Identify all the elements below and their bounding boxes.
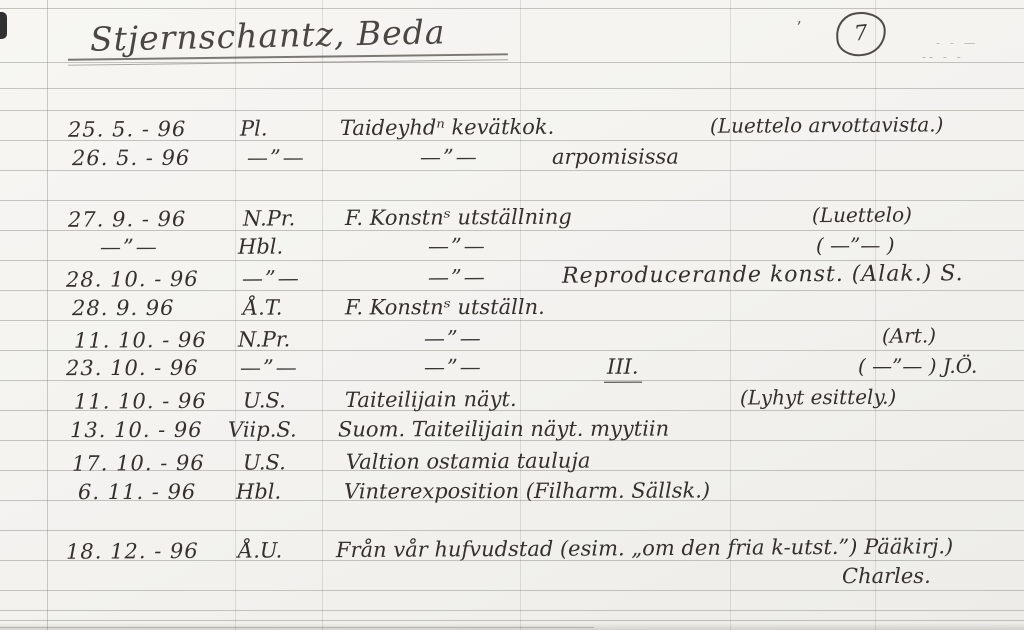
entry-note: (Lyhyt esittely.) <box>740 382 896 413</box>
entry-source: N.Pr. <box>238 324 290 354</box>
ledger-row: 13. 10. - 96 Viip.S. Suom. Taiteilijain … <box>0 413 1024 446</box>
entry-note: (Luettelo) <box>812 200 912 231</box>
ditto-mark: —”— <box>428 262 487 292</box>
entry-source: Å.U. <box>238 535 282 565</box>
faint-pencil-dashes: ‐‐ ‐ ‐ <box>922 50 964 64</box>
entry-text: Reproducerande konst. (Alak.) S. <box>562 259 964 291</box>
ditto-mark: —”— <box>424 352 483 382</box>
ledger-row: 6. 11. - 96 Hbl. Vinterexposition (Filha… <box>0 475 1024 508</box>
entry-source: Hbl. <box>238 232 283 262</box>
entry-note: ( —”— ) J.Ö. <box>858 351 977 381</box>
ledger-row: 28. 9. 96 Å.T. F. Konstnˢ utställn. <box>0 291 1024 324</box>
pencil-tick-mark: ʼ <box>796 18 801 37</box>
entry-source: Pl. <box>240 113 268 143</box>
entry-text: F. Konstnˢ utställn. <box>345 292 545 323</box>
entry-date: 28. 9. 96 <box>72 293 175 323</box>
entry-text: Suom. Taiteilijain näyt. myytiin <box>338 414 669 445</box>
entry-source: U.S. <box>243 447 286 477</box>
entry-text: Taiteilijain näyt. <box>345 384 517 415</box>
scan-edge-mark <box>0 12 7 39</box>
entry-date: 17. 10. - 96 <box>72 448 205 479</box>
entry-text: F. Konstnˢ utställning <box>345 202 572 233</box>
ledger-row: 28. 10. - 96 —”— —”— Reproducerande kons… <box>0 259 1024 295</box>
rule-line-horizontal <box>0 610 1024 611</box>
entry-text: Taideyhdⁿ kevätkok. <box>340 112 554 143</box>
entry-date: 11. 10. - 96 <box>74 325 207 356</box>
ditto-mark: —”— <box>424 323 483 353</box>
rule-line-horizontal <box>0 620 1024 621</box>
entry-date: 25. 5. - 96 <box>68 114 186 145</box>
entry-date: 13. 10. - 96 <box>70 415 203 445</box>
entry-text: III. <box>604 352 642 383</box>
ditto-mark: —”— <box>242 263 301 293</box>
entry-source: U.S. <box>243 385 286 415</box>
entry-text: Charles. <box>842 561 931 591</box>
entry-date: 27. 9. - 96 <box>68 204 186 235</box>
ditto-mark: —”— <box>100 232 159 262</box>
ditto-mark: —”— <box>428 231 487 261</box>
scan-bottom-shadow <box>0 623 1024 630</box>
entry-text: Valtion ostamia tauluja <box>346 446 591 477</box>
entry-date: 6. 11. - 96 <box>78 477 196 507</box>
rule-line-horizontal <box>0 88 1024 89</box>
entry-date: 23. 10. - 96 <box>66 353 199 383</box>
ledger-row: 25. 5. - 96 Pl. Taideyhdⁿ kevätkok. (Lue… <box>0 109 1024 145</box>
entry-source: Hbl. <box>236 477 281 507</box>
entry-source: Å.T. <box>243 293 283 323</box>
entry-text: arpomisissa <box>552 142 679 172</box>
page-number-circled: 7 <box>834 10 888 59</box>
ledger-row: —”— Hbl. —”— ( —”— ) <box>0 230 1024 263</box>
ledger-row: 26. 5. - 96 —”— —”— arpomisissa <box>0 141 1024 174</box>
ditto-mark: —”— <box>420 142 479 172</box>
ledger-row: 11. 10. - 96 U.S. Taiteilijain näyt. (Ly… <box>0 381 1024 417</box>
entry-text: Vinterexposition (Filharm. Sällsk.) <box>344 475 710 506</box>
entry-note: (Art.) <box>882 320 936 350</box>
entry-source: Viip.S. <box>228 415 297 445</box>
entry-note: (Luettelo arvottavista.) <box>710 109 944 140</box>
ledger-row: 23. 10. - 96 —”— —”— III. ( —”— ) J.Ö. <box>0 351 1024 384</box>
ditto-mark: —”— <box>240 353 299 383</box>
entry-date: 28. 10. - 96 <box>66 264 199 295</box>
ledger-row: Charles. <box>0 561 1024 594</box>
ledger-row: 17. 10. - 96 U.S. Valtion ostamia tauluj… <box>0 443 1024 479</box>
entry-date: 26. 5. - 96 <box>72 143 190 173</box>
entry-text: Från vår hufvudstad (esim. „om den fria … <box>336 531 953 565</box>
ditto-mark: —”— <box>247 143 306 173</box>
faint-pencil-dashes: ‐ ‐ — <box>936 36 979 50</box>
entry-note: ( —”— ) <box>816 230 895 260</box>
rule-line-horizontal <box>0 8 1024 9</box>
scanned-ledger-card: Stjernschantz, Beda 7 ʼ ‐ ‐ — ‐‐ ‐ ‐ 25.… <box>0 0 1024 630</box>
entry-date: 11. 10. - 96 <box>74 386 207 417</box>
page-title: Stjernschantz, Beda <box>90 12 446 58</box>
entry-source: N.Pr. <box>243 203 295 233</box>
